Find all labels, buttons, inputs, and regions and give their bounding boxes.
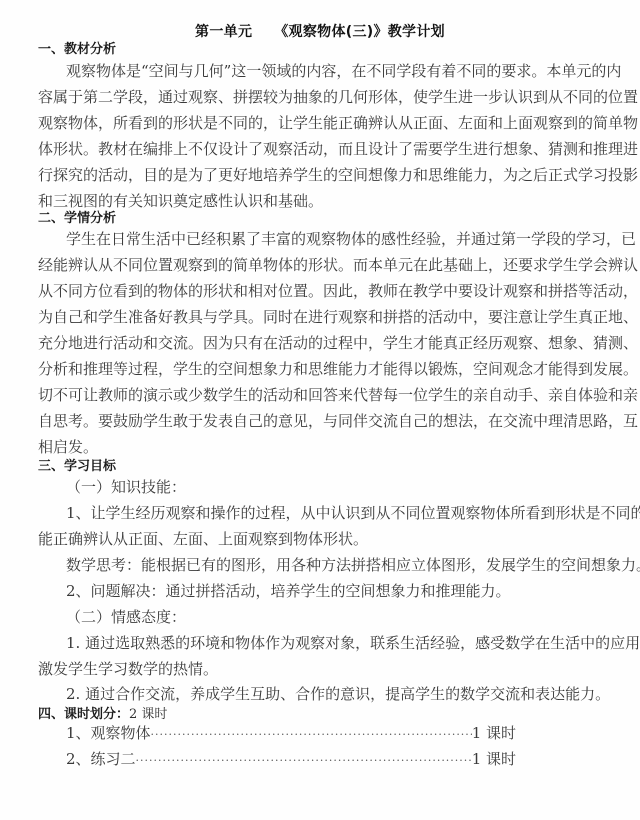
goal-line: 1. 通过选取熟悉的环境和物体作为观察对象，联系生活经验，感受数学在生活中的应用… [66,633,612,653]
schedule-item: 1、观察物体 [66,723,151,743]
goal-line: 数学思考：能根据已有的图形，用各种方法拼搭相应立体图形，发展学生的空间想象力。 [66,555,612,575]
schedule-row: 1、观察物体 1 课时 [66,723,516,745]
section-heading-textbook-analysis: 一、教材分析 [38,38,116,57]
goal-line: 2、问题解决：通过拼搭活动，培养学生的空间想象力和推理能力。 [66,581,511,601]
goal-line: 能正确辨认从正面、左面、上面观察到物体形状。 [38,529,612,549]
paragraph-line: 和三视图的有关知识奠定感性认识和基础。 [38,191,612,211]
leader-dots [151,725,472,745]
title-unit: 第一单元 [195,24,252,40]
lesson-division-total: 2 课时 [129,707,167,722]
paragraph-line: 学生在日常生活中已经积累了丰富的观察物体的感性经验，并通过第一学段的学习，已 [66,229,612,249]
paragraph-line: 容属于第二学段，通过观察、拼摆较为抽象的几何形体，使学生进一步认识到从不同的位置 [38,87,612,107]
paragraph-line: 行探究的活动，目的是为了更好地培养学生的空间想像力和思维能力，为之后正式学习投影 [38,165,612,185]
goal-line: 激发学生学习数学的热情。 [38,659,612,679]
section-heading-learning-goals: 三、学习目标 [38,455,116,474]
section-heading-lesson-division: 四、课时划分：2 课时 [38,703,167,722]
goal-line: 1、让学生经历观察和操作的过程，从中认识到从不同位置观察物体所看到形状是不同的， [66,503,612,523]
paragraph-line: 经能辨认从不同位置观察到的简单物体的形状。而本单元在此基础上，还要求学生学会辨认 [38,255,612,275]
subsection-label-knowledge-skills: （一）知识技能： [66,477,186,497]
schedule-hours: 1 课时 [472,723,516,743]
leader-dots [136,751,472,771]
paragraph-line: 分析和推理等过程，学生的空间想象力和思维能力才能得以锻炼，空间观念才能得到发展。 [38,359,612,379]
title-name: 《观察物体(三)》教学计划 [274,24,445,40]
goal-line: 2. 通过合作交流，养成学生互助、合作的意识，提高学生的数学交流和表达能力。 [66,684,610,704]
paragraph-line: 为自己和学生准备好教具与学具。同时在进行观察和拼搭的活动中，要注意让学生真正地、 [38,307,612,327]
paragraph-line: 从不同方位看到的物体的形状和相对位置。因此，教师在教学中要设计观察和拼搭等活动， [38,281,612,301]
paragraph-line: 体形状。教材在编排上不仅设计了观察活动，而且设计了需要学生进行想象、猜测和推理进 [38,139,612,159]
schedule-row: 2、练习二 1 课时 [66,749,516,771]
paragraph-line: 切不可让教师的演示或少数学生的活动和回答来代替每一位学生的亲自动手、亲自体验和亲 [38,385,612,405]
schedule-item: 2、练习二 [66,749,136,769]
paragraph-line: 充分地进行活动和交流。因为只有在活动的过程中，学生才能真正经历观察、想象、猜测、 [38,333,612,353]
subsection-label-emotional-attitude: （二）情感态度： [66,607,186,627]
schedule-hours: 1 课时 [472,749,516,769]
paragraph-line: 观察物体是“空间与几何”这一领域的内容，在不同学段有着不同的要求。本单元的内 [66,61,612,81]
document-page: 第一单元《观察物体(三)》教学计划 一、教材分析 观察物体是“空间与几何”这一领… [0,0,640,820]
paragraph-line: 自思考。要鼓励学生敢于发表自己的意见，与同伴交流自己的想法，在交流中理清思路，互 [38,411,612,431]
lesson-division-label: 四、课时划分： [38,707,129,722]
paragraph-line: 相启发。 [38,437,612,457]
paragraph-line: 观察物体，所看到的形状是不同的，让学生能正确辨认从正面、左面和上面观察到的简单物 [38,113,612,133]
section-heading-student-analysis: 二、学情分析 [38,207,116,226]
